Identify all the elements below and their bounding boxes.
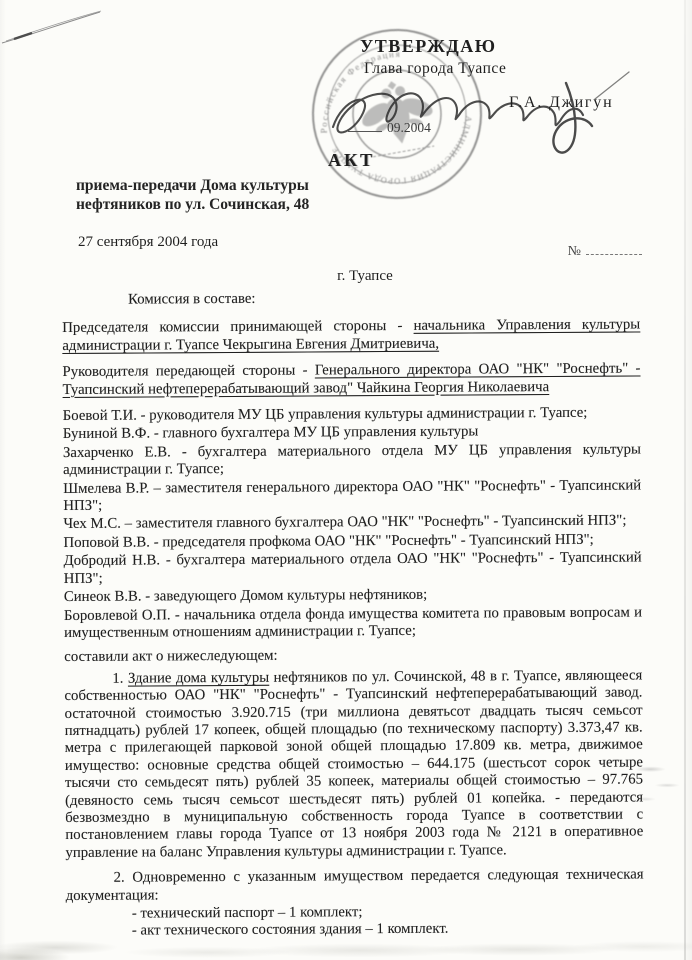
subtitle-line-2: нефтяников по ул. Сочинская, 48 [76, 196, 309, 215]
commission-member-line: Буниной В.Ф. - главного бухгалтера МУ ЦБ… [63, 423, 641, 444]
approve-date-line: 09.2004 [348, 120, 431, 136]
commission-members-list: Боевой Т.И. - руководителя МУ ЦБ управле… [63, 404, 642, 642]
preamble-line: составили акт о нижеследующем: [64, 646, 642, 667]
commission-transferor-line: Руководителя передающей стороны - Генера… [62, 361, 640, 399]
subtitle-line-1: приема-передачи Дома культуры [76, 177, 309, 196]
date-blank-line [348, 120, 382, 132]
approver-role: Глава города Туапсе [360, 60, 506, 78]
number-blank-line [586, 243, 642, 255]
commission-member-line: Боровлевой О.П. - начальника отдела фонд… [64, 604, 642, 642]
document-subtitle: приема-передачи Дома культуры нефтяников… [76, 177, 309, 214]
paragraph-2: 2. Одновременно с указанным имуществом п… [66, 867, 644, 905]
signer-name: Г.А. Джигун [509, 94, 613, 112]
scan-edge-line [684, 0, 686, 960]
commission-member-line: Поповой В.В. - председателя профкома ОАО… [63, 531, 641, 552]
paragraph-1-text: нефтяников по ул. Сочинской, 48 в г. Туа… [64, 667, 643, 861]
technical-docs-list: - технический паспорт – 1 комплект;- акт… [132, 902, 644, 940]
approve-date: 09.2004 [387, 120, 431, 135]
approve-block: УТВЕРЖДАЮ Глава города Туапсе [360, 36, 506, 78]
city-line: г. Туапсе [0, 268, 692, 285]
commission-member-line: Добродий Н.В. - бухгалтера материального… [64, 550, 642, 588]
document-page: Российская Федерация АДМИНИСТРАЦИЯ ГОРОД… [0, 0, 692, 960]
commission-chairman-line: Председателя комиссии принимающей сторон… [62, 317, 640, 355]
document-date: 27 сентября 2004 года [78, 234, 218, 251]
paragraph-2-text: Одновременно с указанным имуществом пере… [66, 867, 644, 904]
pen-scratch-icon [0, 4, 110, 54]
paragraph-2-number: 2. [114, 870, 125, 886]
paragraph-1-underlined: Здание дома культуры [128, 669, 269, 686]
document-number: № [568, 243, 642, 260]
doc-list-item: - акт технического состояния здания – 1 … [132, 920, 644, 941]
paragraph-1: 1. Здание дома культуры нефтяников по ул… [64, 667, 643, 862]
chairman-prefix: Председателя комиссии принимающей сторон… [62, 318, 413, 336]
document-body: Комиссия в составе: Председателя комисси… [62, 288, 644, 940]
transferor-prefix: Руководителя передающей стороны - [62, 363, 314, 381]
commission-member-line: Синеок В.В. - заведующего Домом культуры… [64, 586, 642, 607]
commission-member-line: Боевой Т.И. - руководителя МУ ЦБ управле… [63, 404, 641, 425]
commission-member-line: Шмелева В.Р. – заместителя генерального … [63, 477, 641, 515]
commission-member-line: Захарченко Е.В. - бухгалтера материально… [63, 441, 641, 479]
document-title: АКТ [328, 150, 375, 171]
approve-label: УТВЕРЖДАЮ [360, 36, 506, 57]
paragraph-1-number: 1. [112, 670, 123, 686]
number-label: № [568, 244, 581, 259]
commission-member-line: Чех М.С. – заместителя главного бухгалте… [63, 513, 641, 534]
commission-heading: Комиссия в составе: [128, 288, 640, 309]
